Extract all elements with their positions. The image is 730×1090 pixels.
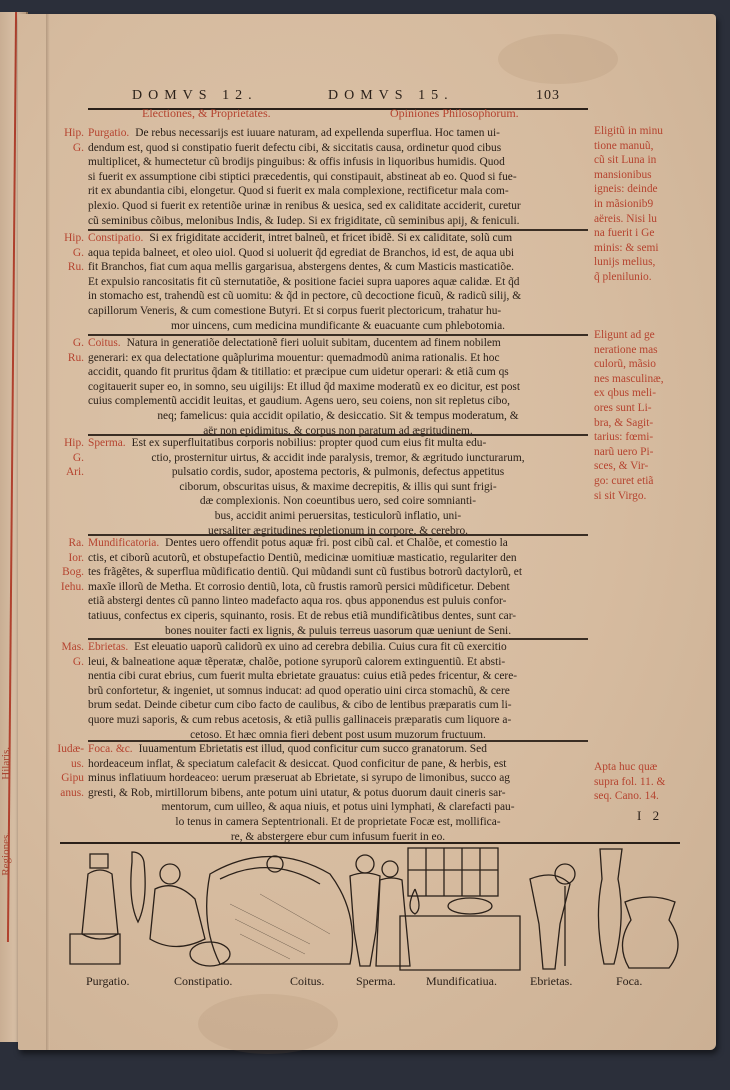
facing-page-fragment: Regiones. [0, 832, 12, 876]
subhead-left: Electiones, & Proprietates. [142, 106, 271, 121]
woodcut-captions: Purgatio. Constipatio. Coitus. Sperma. M… [60, 974, 680, 994]
text-line: tatiuus, confectus ex ciperis, squinanto… [88, 609, 588, 624]
text-line: plexio. Quod si fuerit ex retentiõe urin… [88, 199, 588, 214]
text-line: bus, accidit animi peruersitas, testicul… [88, 509, 588, 524]
note-line: narũ uero Pi- [594, 445, 694, 460]
authority: Ru. [42, 351, 84, 366]
text-line: mor uincens, cum medicina mundificante &… [88, 319, 588, 334]
text-line: Est eleuatio uaporũ calidorũ ex uino ad … [134, 641, 507, 653]
section-label: Constipatio. [88, 232, 143, 244]
text-line: fit Branchos, fiat cum aqua mellis garga… [88, 260, 588, 275]
authority: G. [42, 655, 84, 670]
signature-mark: I 2 [637, 808, 663, 824]
section-coitus: Coitus.Natura in generatiõe delectationẽ… [88, 336, 588, 438]
caption: Foca. [616, 974, 642, 989]
running-head-right: DOMVS 15. [328, 88, 454, 104]
text-line: cũ seminibus cõibus, melonibus Indis, & … [88, 214, 588, 229]
authority: Iudæ- [42, 742, 84, 757]
text-line: si fuerit ex assumptione cibi stiptici p… [88, 170, 588, 185]
authority: Hip. [42, 231, 84, 246]
authority: Iehu. [42, 580, 84, 595]
section-label: Ebrietas. [88, 641, 128, 653]
authority-list: G. Ru. [42, 336, 84, 365]
caption: Purgatio. [86, 974, 129, 989]
text-line: in stomacho est, trahendũ est cũ uomitu:… [88, 289, 588, 304]
authority: G. [42, 246, 84, 261]
note-line: mansionibus [594, 168, 694, 183]
section-label: Purgatio. [88, 127, 129, 139]
note-line: tione manuũ, [594, 139, 694, 154]
section-ebrietas: Ebrietas.Est eleuatio uaporũ calidorũ ex… [88, 640, 588, 742]
note-line: cũ sit Luna in [594, 153, 694, 168]
text-line: ctio, prosternitur uirtus, & accidit ind… [88, 451, 588, 466]
text-line: Si ex frigiditate acciderit, intret baln… [149, 232, 512, 244]
authority: Ior. [42, 551, 84, 566]
note-line: Apta huc quæ [594, 760, 694, 775]
margin-note-coitus: Eligunt ad ge neratione mas culorũ, mãsi… [594, 328, 694, 503]
text-line: cuius complementũ accidit leuitas, et ga… [88, 394, 588, 409]
authority: Ari. [42, 465, 84, 480]
text-line: brũ confortetur, & ingeniet, ut somnus i… [88, 684, 588, 699]
note-line: Eligunt ad ge [594, 328, 694, 343]
section-label: Sperma. [88, 437, 126, 449]
note-line: go: curet etiã [594, 474, 694, 489]
authority: anus. [42, 786, 84, 801]
text-line: gresti, & Rob, mirtillorum bibens, ante … [88, 786, 588, 801]
note-line: bra, & Sagit- [594, 416, 694, 431]
text-line: mentorum, cum uilleo, & aqua niuis, et p… [88, 800, 588, 815]
note-line: minis: & semi [594, 241, 694, 256]
caption: Coitus. [290, 974, 324, 989]
red-ruling-line [7, 12, 17, 942]
text-line: maxĩe illorũ de Metha. Et corrosio denti… [88, 580, 588, 595]
section-foca: Foca. &c.Iuuamentum Ebrietatis est illud… [88, 742, 588, 844]
note-line: ores sunt Li- [594, 401, 694, 416]
authority: us. [42, 757, 84, 772]
authority: G. [42, 141, 84, 156]
text-line: lo tenus in camera Septentrionali. Et de… [88, 815, 588, 830]
text-line: Et expulsio rancositatis fit cũ sternuta… [88, 275, 588, 290]
text-line: Est ex superfluitatibus corporis nobiliu… [132, 437, 487, 449]
section-label: Foca. &c. [88, 743, 133, 755]
note-line: igneis: deinde [594, 182, 694, 197]
note-line: sces, & Vir- [594, 459, 694, 474]
note-line: q̃ plenilunio. [594, 270, 694, 285]
text-line: ctis, et ciborũ acutorũ, et obstupefacti… [88, 551, 588, 566]
note-line: na fuerit i Ge [594, 226, 694, 241]
facing-page-fragment: Hilaris. [0, 747, 12, 780]
note-line: si sit Virgo. [594, 489, 694, 504]
subhead-right: Opiniones Philosophorum. [390, 106, 519, 121]
authority: Hip. [42, 126, 84, 141]
text-line: Natura in generatiõe delectationẽ fieri … [127, 337, 501, 349]
text-line: brum sedat. Deinde cibetur cum cibo fact… [88, 698, 588, 713]
authority: Ru. [42, 260, 84, 275]
text-line: nentia cibi curat ebrius, cum fuerit mul… [88, 669, 588, 684]
text-line: hordeaceum inflat, & speciatum calefacit… [88, 757, 588, 772]
note-line: supra fol. 11. & [594, 775, 694, 790]
authority: Ra. [42, 536, 84, 551]
authority-list: Hip. G. Ari. [42, 436, 84, 480]
margin-note-purgatio: Eligitũ in minu tione manuũ, cũ sit Luna… [594, 124, 694, 285]
text-line: bones nouiter facti ex lignis, & puluis … [88, 624, 588, 639]
authority: Hip. [42, 436, 84, 451]
margin-note-foca: Apta huc quæ supra fol. 11. & seq. Cano.… [594, 760, 694, 804]
text-line: quore muzi saporis, & cum rebus acetosis… [88, 713, 588, 728]
text-line: dæ complexionis. Non coeuntibus uero, se… [88, 494, 588, 509]
caption: Constipatio. [174, 974, 232, 989]
text-line: De rebus necessarijs est iuuare naturam,… [135, 127, 500, 139]
text-line: accidit, quando fit pruritus q̃dam & tit… [88, 365, 588, 380]
text-line: ciborum, obscuritas uisus, & maxime decr… [88, 480, 588, 495]
authority: G. [42, 451, 84, 466]
caption: Sperma. [356, 974, 396, 989]
note-line: culorũ, mãsio [594, 357, 694, 372]
text-line: generari: ex qua delectatione quãplurima… [88, 351, 588, 366]
note-line: nes masculinæ, [594, 372, 694, 387]
authority: Bog. [42, 565, 84, 580]
text-line: Dentes uero offendit potus aquæ fri. pos… [165, 537, 508, 549]
text-line: neq; famelicus: quia accidit opilatio, &… [88, 409, 588, 424]
note-line: lunijs melius, [594, 255, 694, 270]
text-line: aqua tepida balneet, et oleo uiol. Quod … [88, 246, 588, 261]
note-line: in mãsionib9 [594, 197, 694, 212]
text-line: cogitauerit super eo, in somno, seu uigi… [88, 380, 588, 395]
text-line: multiplicet, & humectetur cũ brodijs pin… [88, 155, 588, 170]
text-line: tes frãgẽtes, & superflua mũdificatio de… [88, 565, 588, 580]
text-line: Iuuamentum Ebrietatis est illud, quod co… [139, 743, 487, 755]
woodcut-scene-icon [60, 844, 680, 972]
caption: Mundificatiua. [426, 974, 497, 989]
text-line: minus inflatiuum hordeaceo: uerum præser… [88, 771, 588, 786]
authority: Gipu [42, 771, 84, 786]
authority: G. [42, 336, 84, 351]
text-line: capillorum Veneris, & cum comestione But… [88, 304, 588, 319]
text-line: rit ex abundantia cibi, elongetur. Quod … [88, 184, 588, 199]
authority-list: Hip. G. [42, 126, 84, 155]
note-line: Eligitũ in minu [594, 124, 694, 139]
note-line: neratione mas [594, 343, 694, 358]
section-sperma: Sperma.Est ex superfluitatibus corporis … [88, 436, 588, 538]
woodcut-illustration [60, 842, 680, 972]
authority-list: Mas. G. [42, 640, 84, 669]
note-line: seq. Cano. 14. [594, 789, 694, 804]
text-line: pulsatio cordis, sudor, apostema pectori… [88, 465, 588, 480]
authority-list: Ra. Ior. Bog. Iehu. [42, 536, 84, 594]
authority: Mas. [42, 640, 84, 655]
text-line: leui, & balneatione aquæ tẽperatæ, chalõ… [88, 655, 588, 670]
note-line: ex qbus meli- [594, 386, 694, 401]
running-head-left: DOMVS 12. [132, 88, 258, 104]
section-purgatio: Purgatio.De rebus necessarijs est iuuare… [88, 126, 588, 228]
page-gutter [46, 14, 50, 1050]
authority-list: Hip. G. Ru. [42, 231, 84, 275]
note-line: aëreis. Nisi lu [594, 212, 694, 227]
authority-list: Iudæ- us. Gipu anus. [42, 742, 84, 800]
text-line: dendum est, quod si constipatio fuerit d… [88, 141, 588, 156]
section-mundificatoria: Mundificatoria.Dentes uero offendit potu… [88, 536, 588, 638]
section-constipatio: Constipatio.Si ex frigiditate acciderit,… [88, 231, 588, 333]
caption: Ebrietas. [530, 974, 572, 989]
section-label: Coitus. [88, 337, 121, 349]
section-label: Mundificatoria. [88, 537, 159, 549]
note-line: tarius: fœmi- [594, 430, 694, 445]
folio-number: 103 [536, 88, 560, 104]
text-line: etiã abstergi dentes cũ panno linteo mad… [88, 594, 588, 609]
